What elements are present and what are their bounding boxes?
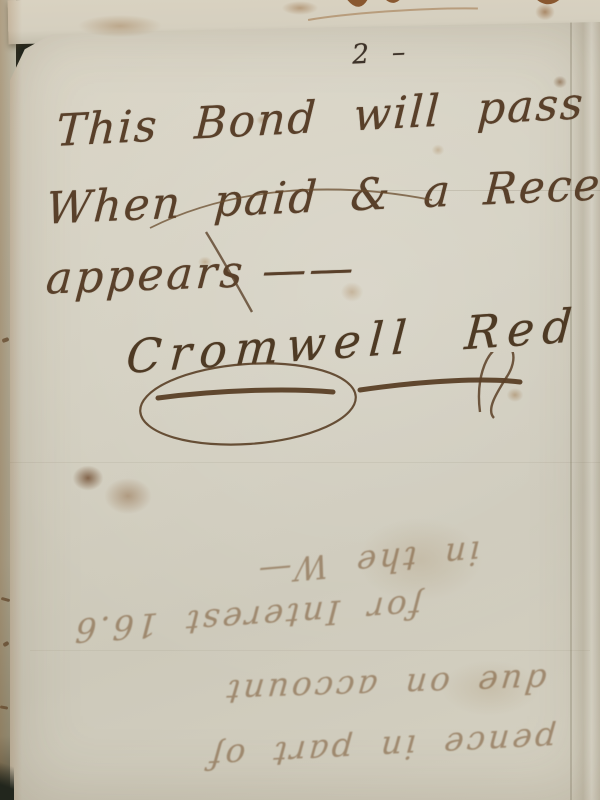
bleed-line: in the W—	[255, 533, 481, 592]
bleed-line: due on account	[222, 661, 548, 711]
bleed-line: pence in part of	[205, 720, 557, 778]
bleed-line: for Interest 16.6	[71, 587, 423, 651]
edge-shadow-stroke	[308, 8, 478, 20]
horizontal-crease	[10, 462, 600, 463]
ink-fragment	[0, 705, 8, 709]
ink-fragment	[2, 337, 10, 343]
dark-book-corner	[0, 754, 14, 800]
page-number: 2 –	[351, 36, 413, 70]
manuscript-photo: 2 – This Bond will pass When paid & a Re…	[0, 0, 600, 800]
ink-fragment	[2, 641, 9, 647]
signature-flourish	[128, 352, 588, 462]
bleed-through-block: in the W— for Interest 16.6 due on accou…	[20, 470, 580, 780]
ink-fragment	[1, 597, 10, 602]
